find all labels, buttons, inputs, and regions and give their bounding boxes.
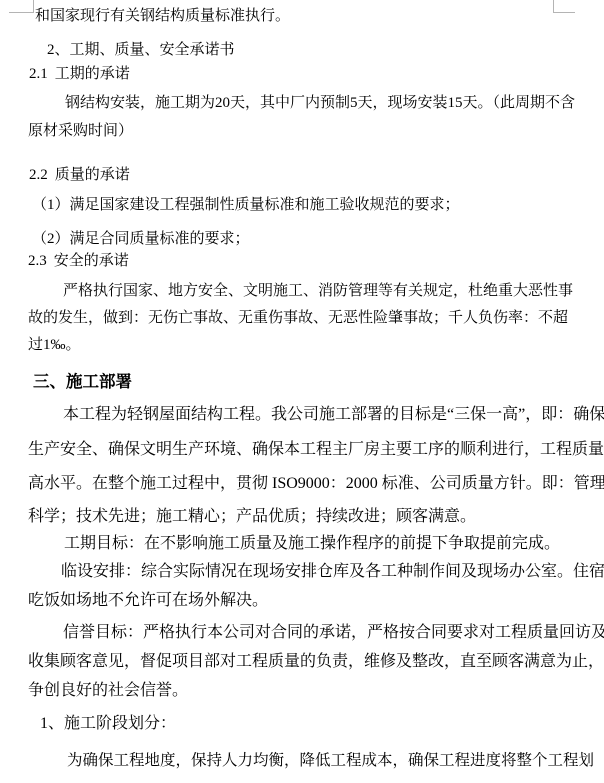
heading-number: 2.3	[28, 253, 47, 269]
line-text: 严格执行国家、地方安全、文明施工、消防管理等有关规定，杜绝重大恶性事	[63, 283, 573, 299]
paragraph-deployment-line-3: 高水平。在整个施工过程中，贯彻 ISO9000：2000 标准、公司质量方针。即…	[28, 475, 604, 493]
heading-2-2-quality-commitment: 2.2质量的承诺	[29, 167, 130, 184]
heading-2-1-schedule-commitment: 2.1工期的承诺	[29, 66, 130, 83]
line-text: 生产安全、确保文明生产环境、确保本工程主厂房主要工序的顺利进行，工程质量	[28, 441, 604, 458]
heading-1-construction-phases: 1、施工阶段划分：	[40, 715, 176, 733]
paragraph-deployment-line-1: 本工程为轻钢屋面结构工程。我公司施工部署的目标是“三保一高”，即：确保	[63, 406, 604, 424]
list-item-quality-2: （2）满足合同质量标准的要求；	[32, 231, 250, 248]
line-text: 为确保工程地度，保持人力均衡，降低工程成本，确保工程进度将整个工程划	[67, 752, 594, 769]
document-page: 和国家现行有关钢结构质量标准执行。 2、工期、质量、安全承诺书 2.1工期的承诺…	[0, 0, 604, 783]
line-text: 三、施工部署	[33, 372, 132, 391]
line-text: 高水平。在整个施工过程中，贯彻 ISO9000：2000 标准、公司质量方针。即…	[28, 475, 604, 492]
line-text: 安全的承诺	[54, 253, 129, 269]
line-text: 收集顾客意见，督促项目部对工程质量的负责，维修及整改，直至顾客满意为止，	[28, 653, 604, 670]
list-item-quality-1: （1）满足国家建设工程强制性质量标准和施工验收规范的要求；	[32, 197, 460, 214]
heading-number: 2、	[47, 42, 70, 58]
line-text: 信誉目标：严格执行本公司对合同的承诺，严格按合同要求对工程质量回访及	[63, 624, 604, 641]
line-text: 工期、质量、安全承诺书	[70, 42, 235, 58]
paragraph-safety-line-2: 故的发生，做到：无伤亡事故、无重伤事故、无恶性险肇事故；千人负伤率：不超	[28, 310, 568, 327]
paragraph-schedule-goal: 工期目标：在不影响施工质量及施工操作程序的前提下争取提前完成。	[64, 535, 560, 553]
paragraph-temporary-arrangement-line-1: 临设安排：综合实际情况在现场安排仓库及各工种制作间及现场办公室。住宿、	[61, 563, 604, 581]
paragraph-safety-line-3: 过1‰。	[28, 337, 81, 354]
line-text: 吃饭如场地不允许可在场外解决。	[28, 592, 268, 609]
paragraph-deployment-line-2: 生产安全、确保文明生产环境、确保本工程主厂房主要工序的顺利进行，工程质量	[28, 441, 604, 459]
heading-2-3-safety-commitment: 2.3安全的承诺	[28, 253, 129, 270]
heading-number: 2.1	[29, 66, 48, 82]
line-text: （2）满足合同质量标准的要求；	[32, 231, 250, 247]
crop-mark-top-left	[9, 0, 34, 13]
paragraph-schedule-line-2: 原材采购时间）	[28, 123, 133, 140]
line-text: 施工阶段划分：	[64, 715, 176, 732]
paragraph-deployment-line-4: 科学；技术先进；施工精心；产品优质；持续改进；顾客满意。	[28, 508, 476, 526]
line-text: （1）满足国家建设工程强制性质量标准和施工验收规范的要求；	[32, 197, 460, 213]
line-text: 原材采购时间）	[28, 123, 133, 139]
line-text: 过1‰。	[28, 337, 81, 353]
line-text: 争创良好的社会信誉。	[28, 682, 188, 699]
paragraph-continuation: 和国家现行有关钢结构质量标准执行。	[35, 8, 290, 25]
heading-number: 2.2	[29, 167, 48, 183]
line-text: 和国家现行有关钢结构质量标准执行。	[35, 8, 290, 24]
line-text: 本工程为轻钢屋面结构工程。我公司施工部署的目标是“三保一高”，即：确保	[63, 406, 604, 423]
line-text: 钢结构安装，施工期为20天，其中厂内预制5天，现场安装15天。（此周期不含	[65, 95, 575, 111]
heading-3-construction-deployment: 三、施工部署	[33, 373, 132, 392]
line-text: 科学；技术先进；施工精心；产品优质；持续改进；顾客满意。	[28, 508, 476, 525]
paragraph-reputation-goal-line-1: 信誉目标：严格执行本公司对合同的承诺，严格按合同要求对工程质量回访及	[63, 624, 604, 642]
line-text: 质量的承诺	[55, 167, 130, 183]
line-text: 临设安排：综合实际情况在现场安排仓库及各工种制作间及现场办公室。住宿、	[61, 563, 604, 580]
paragraph-reputation-goal-line-3: 争创良好的社会信誉。	[28, 682, 188, 700]
heading-number: 1、	[40, 715, 64, 732]
crop-mark-top-right	[553, 0, 575, 13]
paragraph-phase-division: 为确保工程地度，保持人力均衡，降低工程成本，确保工程进度将整个工程划	[67, 752, 594, 770]
line-text: 工期目标：在不影响施工质量及施工操作程序的前提下争取提前完成。	[64, 535, 560, 552]
paragraph-schedule-line-1: 钢结构安装，施工期为20天，其中厂内预制5天，现场安装15天。（此周期不含	[65, 95, 575, 112]
heading-commitment-letter: 2、工期、质量、安全承诺书	[47, 42, 235, 59]
paragraph-temporary-arrangement-line-2: 吃饭如场地不允许可在场外解决。	[28, 592, 268, 610]
paragraph-reputation-goal-line-2: 收集顾客意见，督促项目部对工程质量的负责，维修及整改，直至顾客满意为止，	[28, 653, 604, 671]
line-text: 工期的承诺	[55, 66, 130, 82]
line-text: 故的发生，做到：无伤亡事故、无重伤事故、无恶性险肇事故；千人负伤率：不超	[28, 310, 568, 326]
paragraph-safety-line-1: 严格执行国家、地方安全、文明施工、消防管理等有关规定，杜绝重大恶性事	[63, 283, 573, 300]
